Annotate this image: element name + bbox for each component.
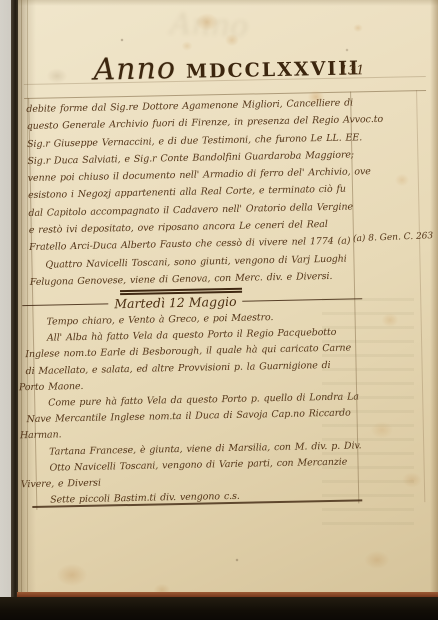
title-anno: Anno bbox=[93, 51, 176, 88]
heading-rule-left bbox=[22, 303, 108, 306]
margin-note: (a) 8. Gen. C. 263 bbox=[353, 231, 437, 244]
margin-line-outer bbox=[416, 90, 425, 502]
page-title: Anno MDCCLXXVIII bbox=[93, 47, 360, 87]
book-spine-edge bbox=[11, 0, 18, 600]
entry-top: debite forme dal Sig.re Dottore Agamenon… bbox=[26, 94, 360, 291]
manuscript-scan: Anno Anno MDCCLXXVIII 131 debite forme d… bbox=[0, 0, 438, 620]
day-heading: Martedì 12 Maggio bbox=[108, 294, 243, 312]
ink-showthrough-title: Anno bbox=[169, 7, 249, 45]
page-top-edge bbox=[18, 0, 438, 6]
ruled-text-frame: Anno MDCCLXXVIII 131 debite forme dal Si… bbox=[19, 46, 437, 532]
scan-bottom-dark-edge bbox=[0, 597, 438, 620]
entry-may12: Tempo chiaro, e Vento à Greco, e poi Mae… bbox=[30, 308, 364, 509]
title-year-roman: MDCCLXXVIII bbox=[186, 57, 360, 82]
heading-rule-right bbox=[243, 298, 363, 302]
page-number: 131 bbox=[340, 63, 365, 78]
